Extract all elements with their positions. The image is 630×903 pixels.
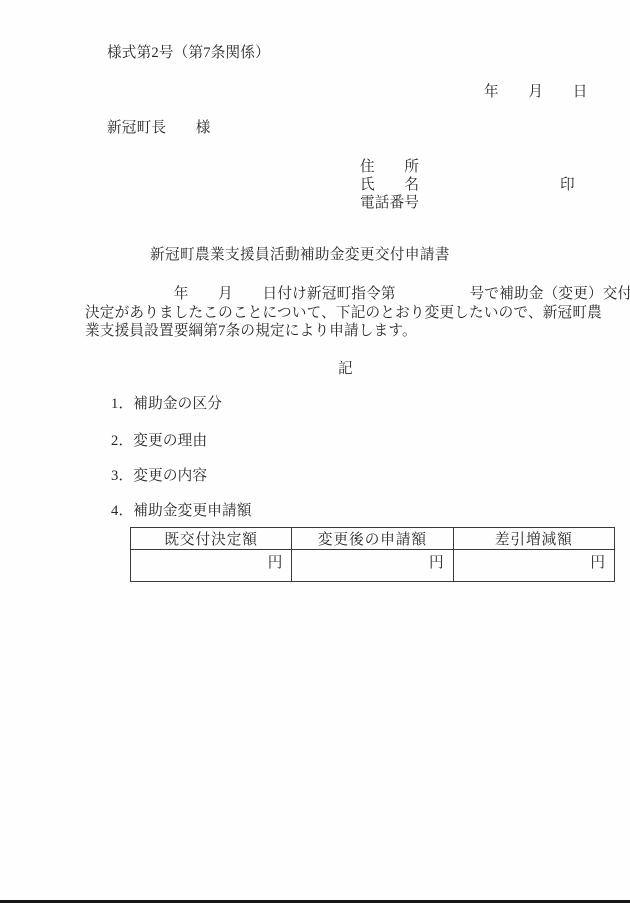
body-line-2: 決定がありましたこのことについて、下記のとおり変更したいので、新冠町農 — [85, 305, 602, 322]
document-title: 新冠町農業支援員活動補助金変更交付申請書 — [150, 247, 450, 264]
item-content-of-change: 3．変更の内容 — [111, 468, 207, 485]
table-header-decided-amount: 既交付決定額 — [131, 528, 292, 550]
amount-table: 既交付決定額 変更後の申請額 差引増減額 円 円 円 — [130, 527, 615, 582]
form-number: 様式第2号（第7条関係） — [107, 45, 270, 62]
sender-address-label: 住 所 — [360, 159, 419, 176]
body-line-3: 業支援員設置要綱第7条の規定により申請します。 — [85, 323, 417, 340]
table-cell-amount-after-change-yen: 円 — [292, 550, 453, 582]
item-reason-for-change: 2．変更の理由 — [111, 433, 207, 450]
list-marker: 記 — [338, 361, 353, 378]
addressee: 新冠町長 様 — [107, 120, 211, 137]
table-cell-difference-amount-yen: 円 — [453, 550, 614, 582]
sender-phone-label: 電話番号 — [360, 195, 419, 212]
seal-label: 印 — [560, 177, 575, 194]
table-header-difference-amount: 差引増減額 — [453, 528, 614, 550]
date-line: 年 月 日 — [484, 84, 588, 101]
table-header-amount-after-change: 変更後の申請額 — [292, 528, 453, 550]
table-value-row: 円 円 円 — [131, 550, 615, 582]
item-changed-application-amount: 4．補助金変更申請額 — [111, 503, 252, 520]
item-subsidy-category: 1．補助金の区分 — [111, 396, 222, 413]
sender-name-label: 氏 名 — [360, 177, 419, 194]
document-page: 様式第2号（第7条関係） 年 月 日 新冠町長 様 住 所 氏 名 印 電話番号… — [0, 0, 630, 903]
table-header-row: 既交付決定額 変更後の申請額 差引増減額 — [131, 528, 615, 550]
table-cell-decided-amount-yen: 円 — [131, 550, 292, 582]
body-line-1: 年 月 日付け新冠町指令第 号で補助金（変更）交付 — [85, 286, 630, 303]
